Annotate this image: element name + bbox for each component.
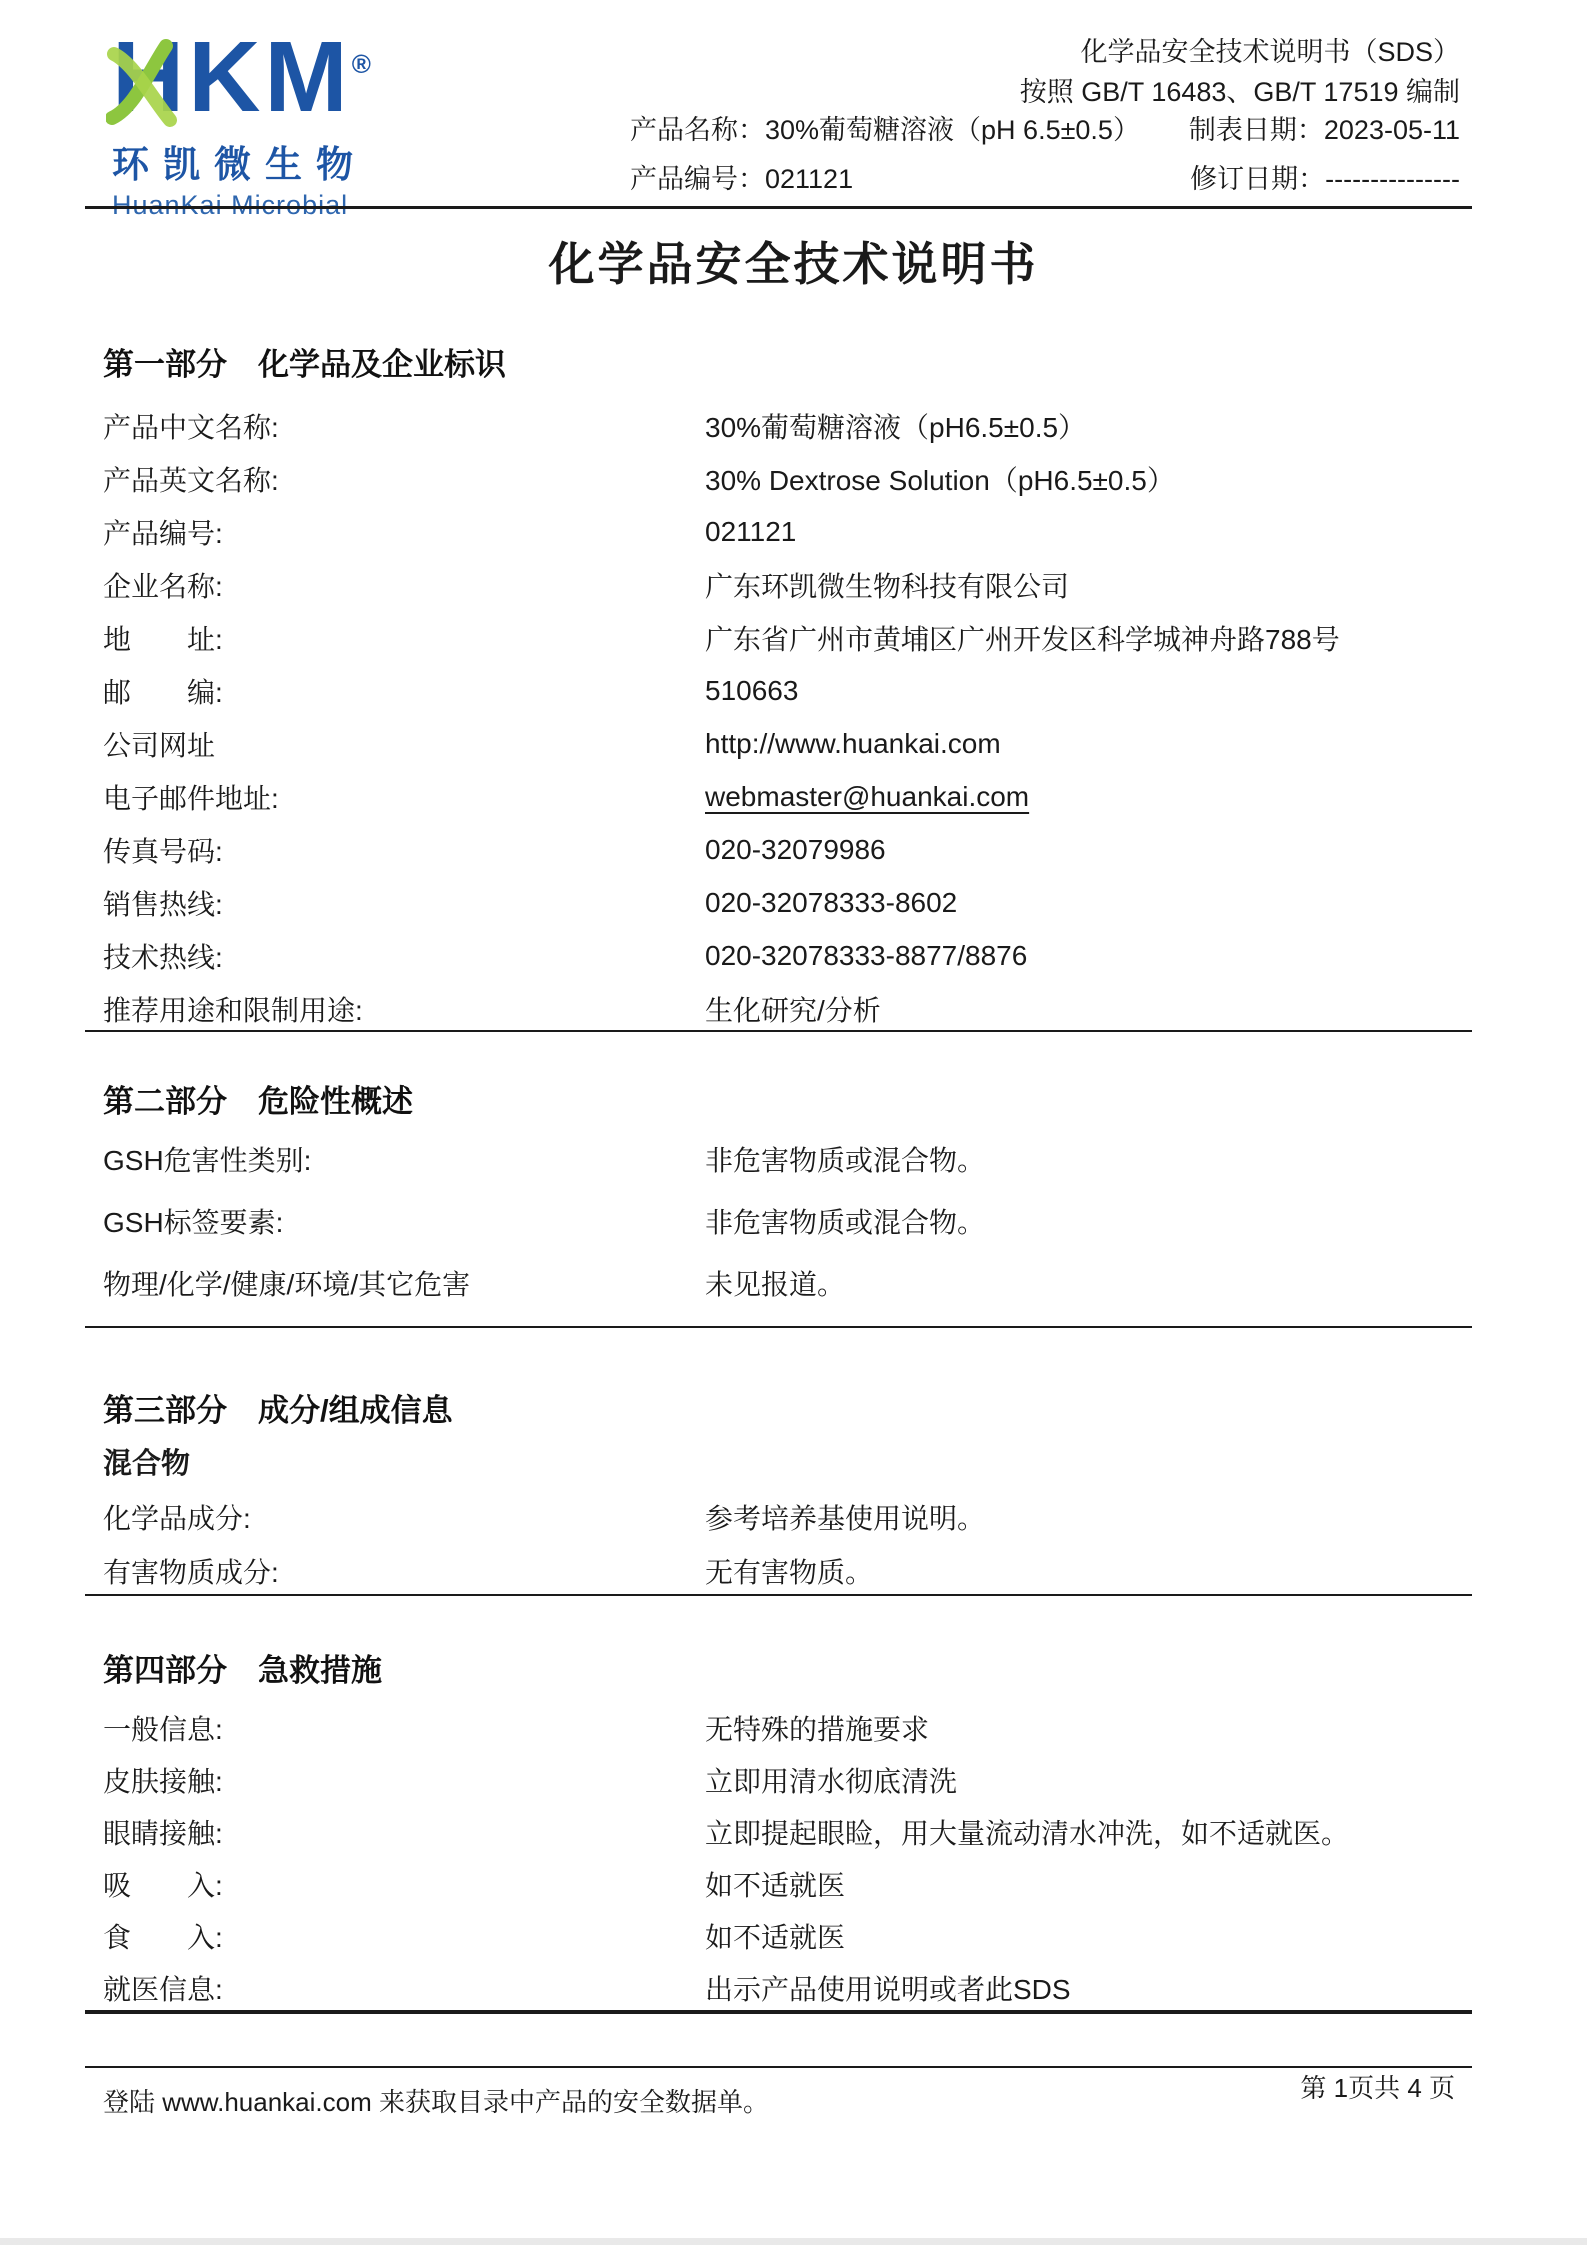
header-product-code: 产品编号：021121 [630,157,853,196]
table-row: 产品中文名称:30%葡萄糖溶液（pH6.5±0.5） [85,399,1472,452]
section-1-heading: 第一部分 化学品及企业标识 [85,347,1472,383]
row-label: 产品英文名称: [103,459,705,499]
row-value: 非危害物质或混合物。 [705,1201,1472,1241]
header-product-code-row: 产品编号：021121 修订日期：--------------- [630,157,1460,196]
sds-document-page: HKM® 环凯微生物 HuanKai Microbial 化学品安全技术说明书（… [0,0,1587,2245]
table-row: 地 址:广东省广州市黄埔区广州开发区科学城神舟路788号 [85,611,1472,664]
row-value: 参考培养基使用说明。 [705,1497,1472,1537]
document-title: 化学品安全技术说明书 [0,228,1587,294]
row-value: 出示产品使用说明或者此SDS [705,1968,1472,2008]
row-value: 广东省广州市黄埔区广州开发区科学城神舟路788号 [705,618,1472,658]
section-4-first-aid: 第四部分 急救措施 一般信息:无特殊的措施要求 皮肤接触:立即用清水彻底清洗 眼… [85,1653,1472,2014]
header-revision-date: 修订日期：--------------- [1190,157,1460,196]
row-value: 30%葡萄糖溶液（pH6.5±0.5） [705,406,1472,446]
row-label: 就医信息: [103,1968,705,2008]
section-4-heading: 第四部分 急救措施 [85,1653,1472,1689]
table-row: 电子邮件地址:webmaster@huankai.com [85,770,1472,823]
table-row: 皮肤接触:立即用清水彻底清洗 [85,1754,1472,1806]
product-code-label: 产品编号： [630,164,765,194]
row-value: 广东环凯微生物科技有限公司 [705,565,1472,605]
page-bottom-edge [0,2238,1587,2245]
table-row: 一般信息:无特殊的措施要求 [85,1702,1472,1754]
row-label: 一般信息: [103,1708,705,1748]
section-3-divider [85,1594,1472,1596]
table-row: 推荐用途和限制用途:生化研究/分析 [85,982,1472,1035]
header-product-name-row: 产品名称：30%葡萄糖溶液（pH 6.5±0.5） 制表日期：2023-05-1… [630,108,1460,147]
row-value: 510663 [705,675,1472,707]
row-label: 食 入: [103,1916,705,1956]
table-row: 有害物质成分:无有害物质。 [85,1544,1472,1598]
table-row: GSH标签要素:非危害物质或混合物。 [85,1190,1472,1252]
section-1-identification: 第一部分 化学品及企业标识 产品中文名称:30%葡萄糖溶液（pH6.5±0.5）… [85,347,1472,1035]
product-name-label: 产品名称： [630,115,765,145]
section-3-composition: 第三部分 成分/组成信息 混合物 化学品成分:参考培养基使用说明。 有害物质成分… [85,1393,1472,1598]
row-value: 如不适就医 [705,1916,1472,1956]
row-label: 电子邮件地址: [103,777,705,817]
row-value: 020-32078333-8877/8876 [705,940,1472,972]
section-2-divider [85,1326,1472,1328]
row-label: 邮 编: [103,671,705,711]
table-row: GSH危害性类别:非危害物质或混合物。 [85,1128,1472,1190]
page-number: 第 1页共 4 页 [1300,2068,1455,2105]
issue-date-value: 2023-05-11 [1324,115,1460,145]
header-right-block: 化学品安全技术说明书（SDS） 按照 GB/T 16483、GB/T 17519… [1020,32,1460,112]
product-code-value: 021121 [765,164,853,194]
table-row: 销售热线:020-32078333-8602 [85,876,1472,929]
row-value: 30% Dextrose Solution（pH6.5±0.5） [705,459,1472,499]
footer-divider [85,2066,1472,2068]
row-label: 地 址: [103,618,705,658]
table-row: 食 入:如不适就医 [85,1910,1472,1962]
row-value: 021121 [705,516,1472,548]
row-label: GSH标签要素: [103,1201,705,1241]
section-2-hazards: 第二部分 危险性概述 GSH危害性类别:非危害物质或混合物。 GSH标签要素:非… [85,1084,1472,1314]
section-2-heading: 第二部分 危险性概述 [85,1084,1472,1120]
row-label: 皮肤接触: [103,1760,705,1800]
row-label: 传真号码: [103,830,705,870]
table-row: 技术热线:020-32078333-8877/8876 [85,929,1472,982]
section-4-divider [85,2010,1472,2014]
row-label: 技术热线: [103,936,705,976]
hkm-logo: HKM® 环凯微生物 HuanKai Microbial [112,28,412,221]
table-row: 产品英文名称:30% Dextrose Solution（pH6.5±0.5） [85,452,1472,505]
hkm-logo-mark: HKM® [112,28,412,130]
header-issue-date: 制表日期：2023-05-11 [1189,108,1460,147]
table-row: 邮 编:510663 [85,664,1472,717]
row-value: 如不适就医 [705,1864,1472,1904]
row-label: 企业名称: [103,565,705,605]
header-standard-line: 按照 GB/T 16483、GB/T 17519 编制 [1020,72,1460,112]
row-value: 020-32079986 [705,834,1472,866]
header-sds-title: 化学品安全技术说明书（SDS） [1020,32,1460,72]
row-value: 生化研究/分析 [705,989,1472,1029]
table-row: 企业名称:广东环凯微生物科技有限公司 [85,558,1472,611]
table-row: 物理/化学/健康/环境/其它危害未见报道。 [85,1252,1472,1314]
logo-chinese-name: 环凯微生物 [112,134,412,188]
table-row: 产品编号:021121 [85,505,1472,558]
row-label: 推荐用途和限制用途: [103,989,705,1029]
hkm-logo-text: HKM [112,21,352,133]
header-divider [85,206,1472,209]
table-row: 眼睛接触:立即提起眼睑，用大量流动清水冲洗，如不适就医。 [85,1806,1472,1858]
email-link[interactable]: webmaster@huankai.com [705,781,1472,813]
section-1-divider [85,1030,1472,1032]
row-label: 眼睛接触: [103,1812,705,1852]
row-label: 吸 入: [103,1864,705,1904]
registered-trademark-icon: ® [352,49,371,79]
row-value: 未见报道。 [705,1263,1472,1303]
product-name-value: 30%葡萄糖溶液（pH 6.5±0.5） [765,115,1140,145]
footer-note: 登陆 www.huankai.com 来获取目录中产品的安全数据单。 [103,2082,769,2119]
table-row: 就医信息:出示产品使用说明或者此SDS [85,1962,1472,2014]
row-value: 立即提起眼睑，用大量流动清水冲洗，如不适就医。 [705,1812,1472,1852]
company-website-url: http://www.huankai.com [705,728,1472,760]
row-label: 物理/化学/健康/环境/其它危害 [103,1263,705,1303]
table-row: 公司网址http://www.huankai.com [85,717,1472,770]
issue-date-label: 制表日期： [1189,115,1324,145]
table-row: 化学品成分:参考培养基使用说明。 [85,1490,1472,1544]
table-row: 传真号码:020-32079986 [85,823,1472,876]
section-3-heading: 第三部分 成分/组成信息 [85,1393,1472,1429]
row-value: 立即用清水彻底清洗 [705,1760,1472,1800]
table-row: 吸 入:如不适就医 [85,1858,1472,1910]
header-product-name: 产品名称：30%葡萄糖溶液（pH 6.5±0.5） [630,108,1140,147]
revision-date-value: --------------- [1325,164,1460,194]
row-label: 产品编号: [103,512,705,552]
row-label: 销售热线: [103,883,705,923]
row-label: GSH危害性类别: [103,1139,705,1179]
row-value: 无有害物质。 [705,1551,1472,1591]
mixture-subheading: 混合物 [85,1446,1472,1482]
row-value: 020-32078333-8602 [705,887,1472,919]
row-label: 公司网址 [103,724,705,764]
revision-date-label: 修订日期： [1190,164,1325,194]
row-value: 非危害物质或混合物。 [705,1139,1472,1179]
row-label: 产品中文名称: [103,406,705,446]
row-label: 化学品成分: [103,1497,705,1537]
row-value: 无特殊的措施要求 [705,1708,1472,1748]
row-label: 有害物质成分: [103,1551,705,1591]
